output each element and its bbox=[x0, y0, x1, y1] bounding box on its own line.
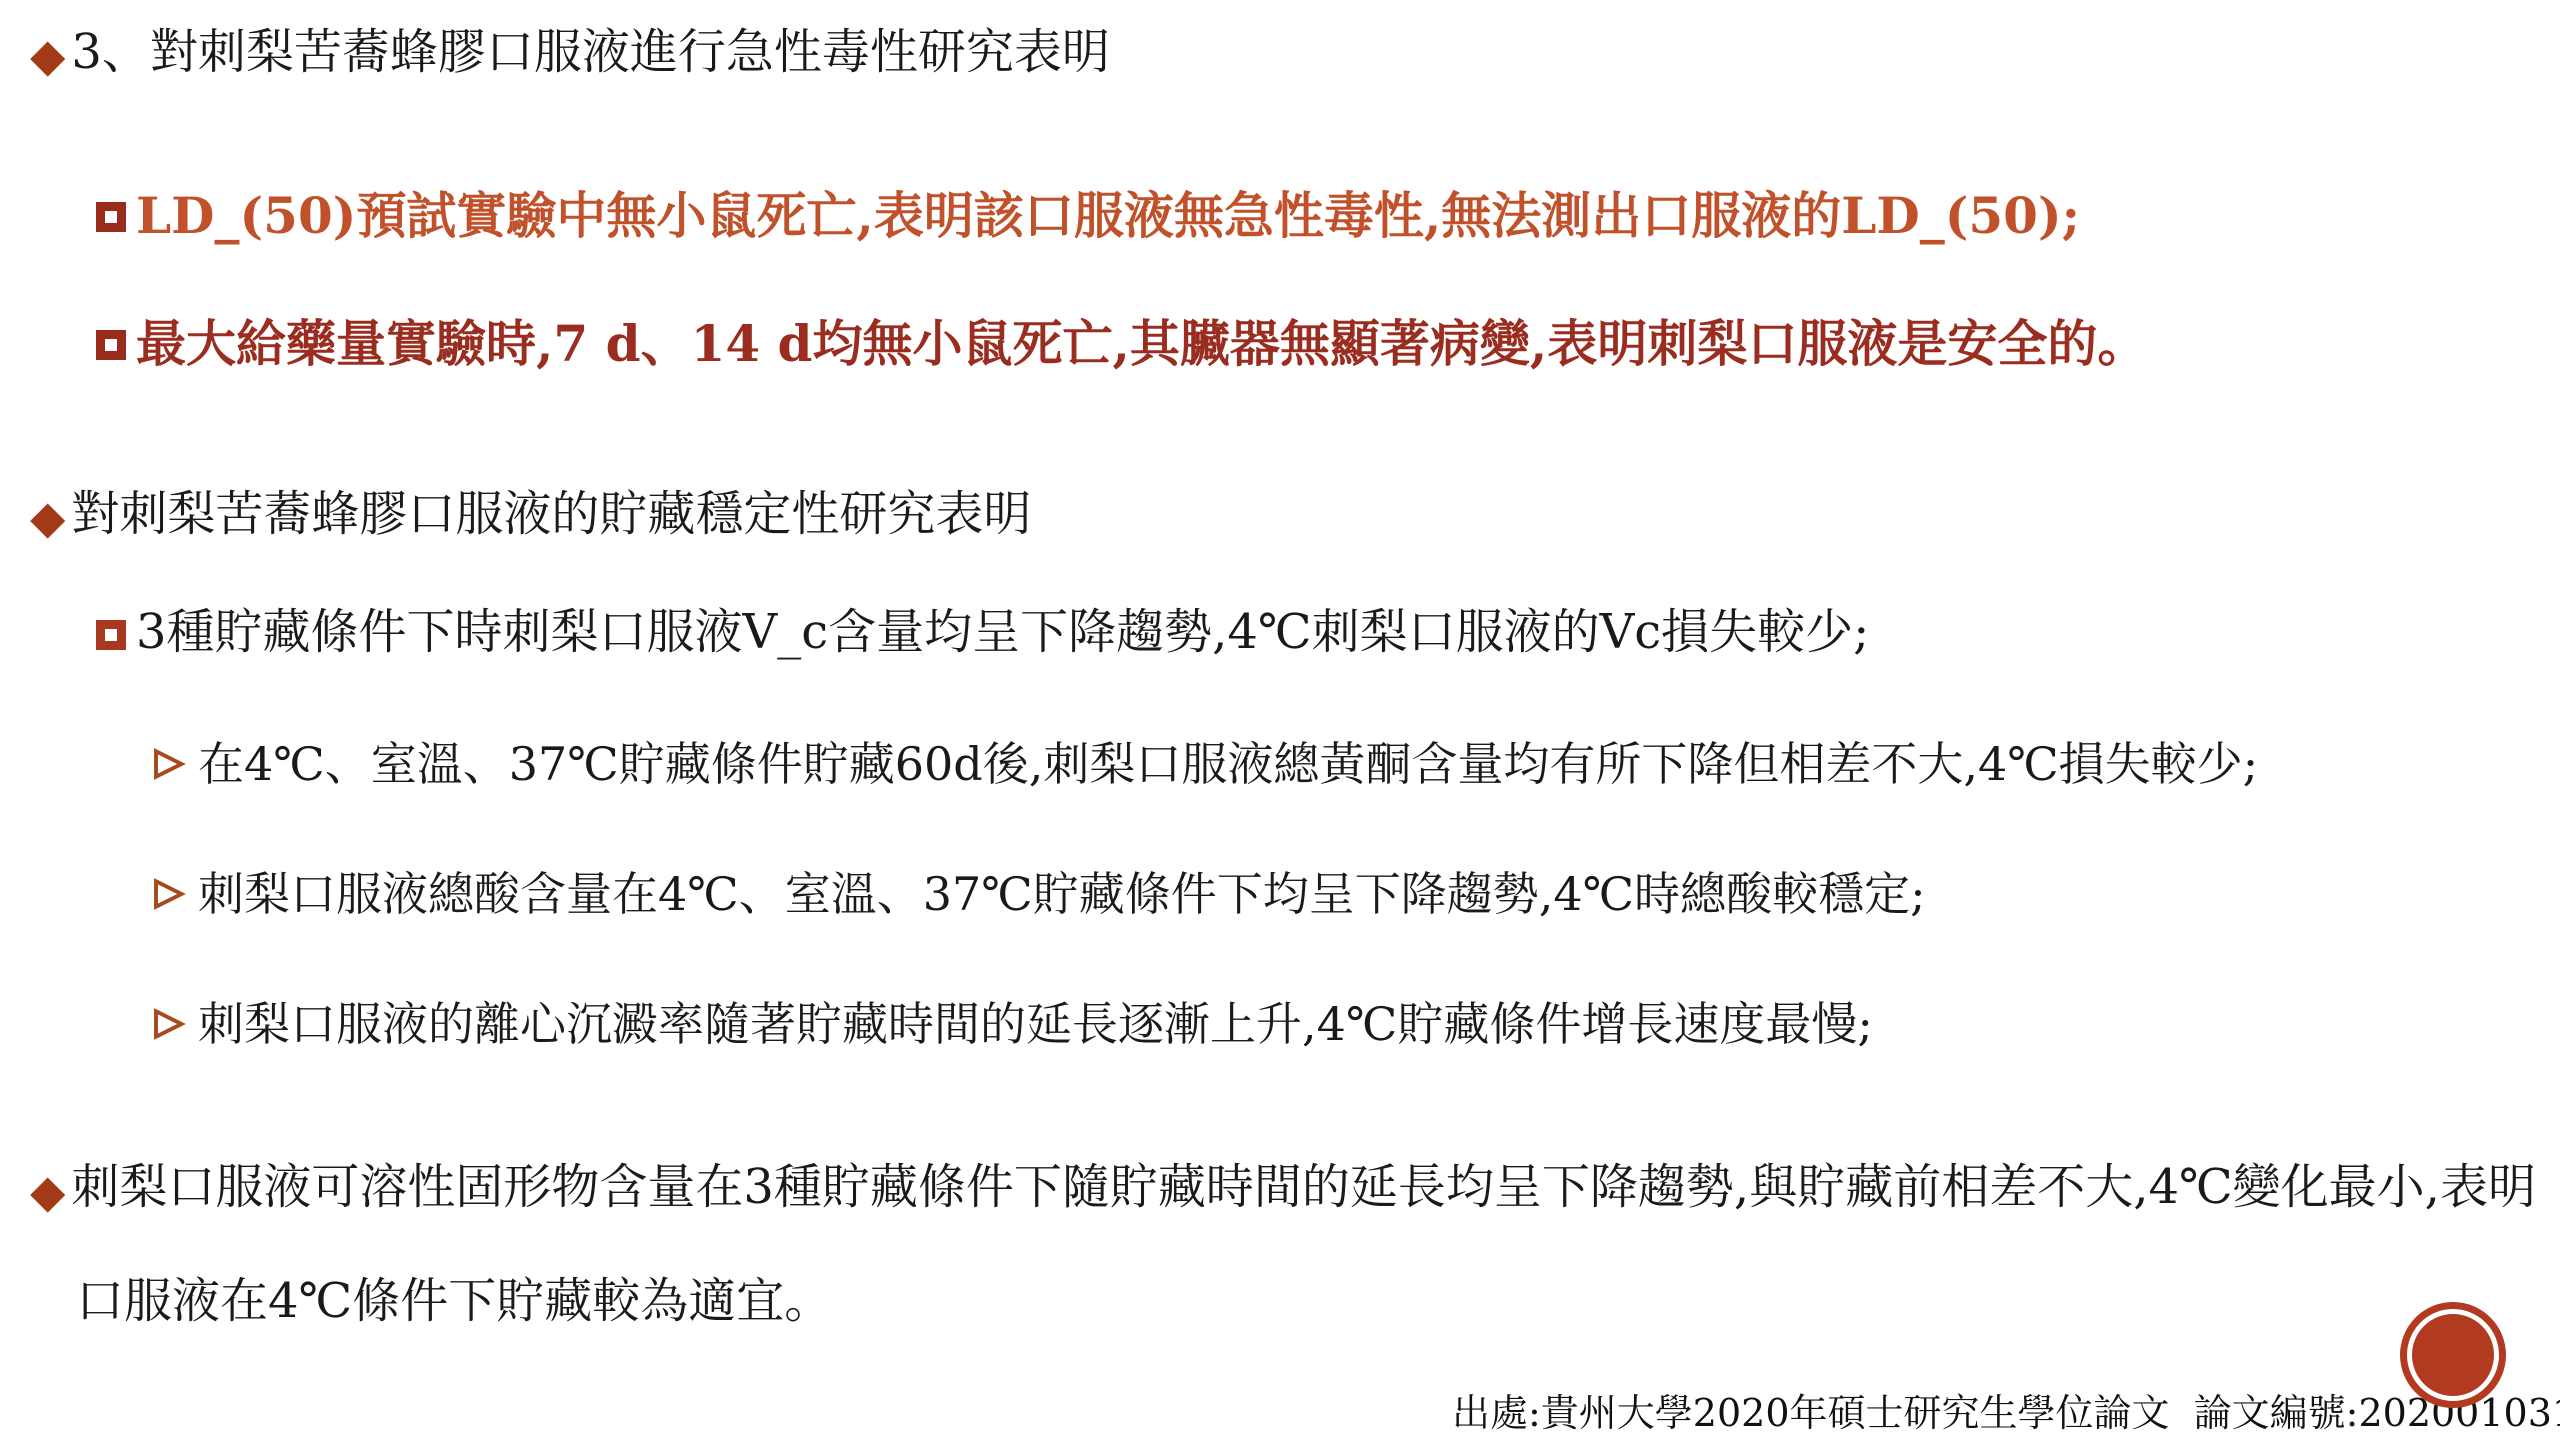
bullet-text: LD_(50)預試實驗中無小鼠死亡,表明該口服液無急性毒性,無法測出口服液的LD… bbox=[136, 186, 2080, 246]
arrow-bullet-icon bbox=[150, 1006, 186, 1042]
diamond-bullet-icon: ◆ bbox=[30, 32, 65, 78]
bullet-text: 3種貯藏條件下時刺梨口服液V_c含量均呈下降趨勢,4℃刺梨口服液的Vc損失較少; bbox=[136, 604, 1869, 662]
square-bullet-icon bbox=[96, 330, 126, 360]
bullet-line-storage-heading: ◆ 對刺梨苦蕎蜂膠口服液的貯藏穩定性研究表明 bbox=[30, 484, 1031, 544]
seal-stamp-ring bbox=[2407, 1309, 2499, 1401]
bullet-line-flavonoid: 在4℃、室溫、37℃貯藏條件貯藏60d後,刺梨口服液總黃酮含量均有所下降但相差不… bbox=[150, 736, 2258, 794]
bullet-line-centrifugal: 刺梨口服液的離心沉澱率隨著貯藏時間的延長逐漸上升,4℃貯藏條件增長速度最慢; bbox=[150, 996, 1873, 1054]
source-citation: 出處:貴州大學2020年碩士研究生學位論文 論文編號:202001031545 bbox=[1452, 1382, 2560, 1437]
bullet-line-ld50: LD_(50)預試實驗中無小鼠死亡,表明該口服液無急性毒性,無法測出口服液的LD… bbox=[96, 186, 2080, 246]
bullet-text: 最大給藥量實驗時,7 d、14 d均無小鼠死亡,其臟器無顯著病變,表明刺梨口服液… bbox=[136, 314, 2147, 374]
arrow-bullet-icon bbox=[150, 746, 186, 782]
diamond-bullet-icon: ◆ bbox=[30, 1164, 65, 1218]
bullet-line-total-acid: 刺梨口服液總酸含量在4℃、室溫、37℃貯藏條件下均呈下降趨勢,4℃時總酸較穩定; bbox=[150, 866, 1926, 924]
bullet-line-toxicity-heading: ◆ 3、對刺梨苦蕎蜂膠口服液進行急性毒性研究表明 bbox=[30, 22, 1110, 82]
bullet-text: 對刺梨苦蕎蜂膠口服液的貯藏穩定性研究表明 bbox=[71, 484, 1031, 544]
bullet-line-vc-content: 3種貯藏條件下時刺梨口服液V_c含量均呈下降趨勢,4℃刺梨口服液的Vc損失較少; bbox=[96, 604, 1869, 662]
seal-stamp bbox=[2400, 1302, 2506, 1408]
bullet-line-max-dose: 最大給藥量實驗時,7 d、14 d均無小鼠死亡,其臟器無顯著病變,表明刺梨口服液… bbox=[96, 314, 2147, 374]
bullet-text: 在4℃、室溫、37℃貯藏條件貯藏60d後,刺梨口服液總黃酮含量均有所下降但相差不… bbox=[198, 736, 2258, 794]
arrow-bullet-icon bbox=[150, 876, 186, 912]
diamond-bullet-icon: ◆ bbox=[30, 494, 65, 540]
slide: ◆ 3、對刺梨苦蕎蜂膠口服液進行急性毒性研究表明 LD_(50)預試實驗中無小鼠… bbox=[0, 0, 2560, 1440]
bullet-text: 刺梨口服液可溶性固形物含量在3種貯藏條件下隨貯藏時間的延長均呈下降趨勢,與貯藏前… bbox=[71, 1159, 2536, 1329]
bullet-text: 3、對刺梨苦蕎蜂膠口服液進行急性毒性研究表明 bbox=[71, 22, 1110, 82]
square-bullet-icon bbox=[96, 620, 126, 650]
square-bullet-icon bbox=[96, 202, 126, 232]
bullet-text: 刺梨口服液的離心沉澱率隨著貯藏時間的延長逐漸上升,4℃貯藏條件增長速度最慢; bbox=[198, 996, 1873, 1054]
bullet-line-soluble-solids: ◆刺梨口服液可溶性固形物含量在3種貯藏條件下隨貯藏時間的延長均呈下降趨勢,與貯藏… bbox=[30, 1130, 2560, 1358]
bullet-text: 刺梨口服液總酸含量在4℃、室溫、37℃貯藏條件下均呈下降趨勢,4℃時總酸較穩定; bbox=[198, 866, 1926, 924]
